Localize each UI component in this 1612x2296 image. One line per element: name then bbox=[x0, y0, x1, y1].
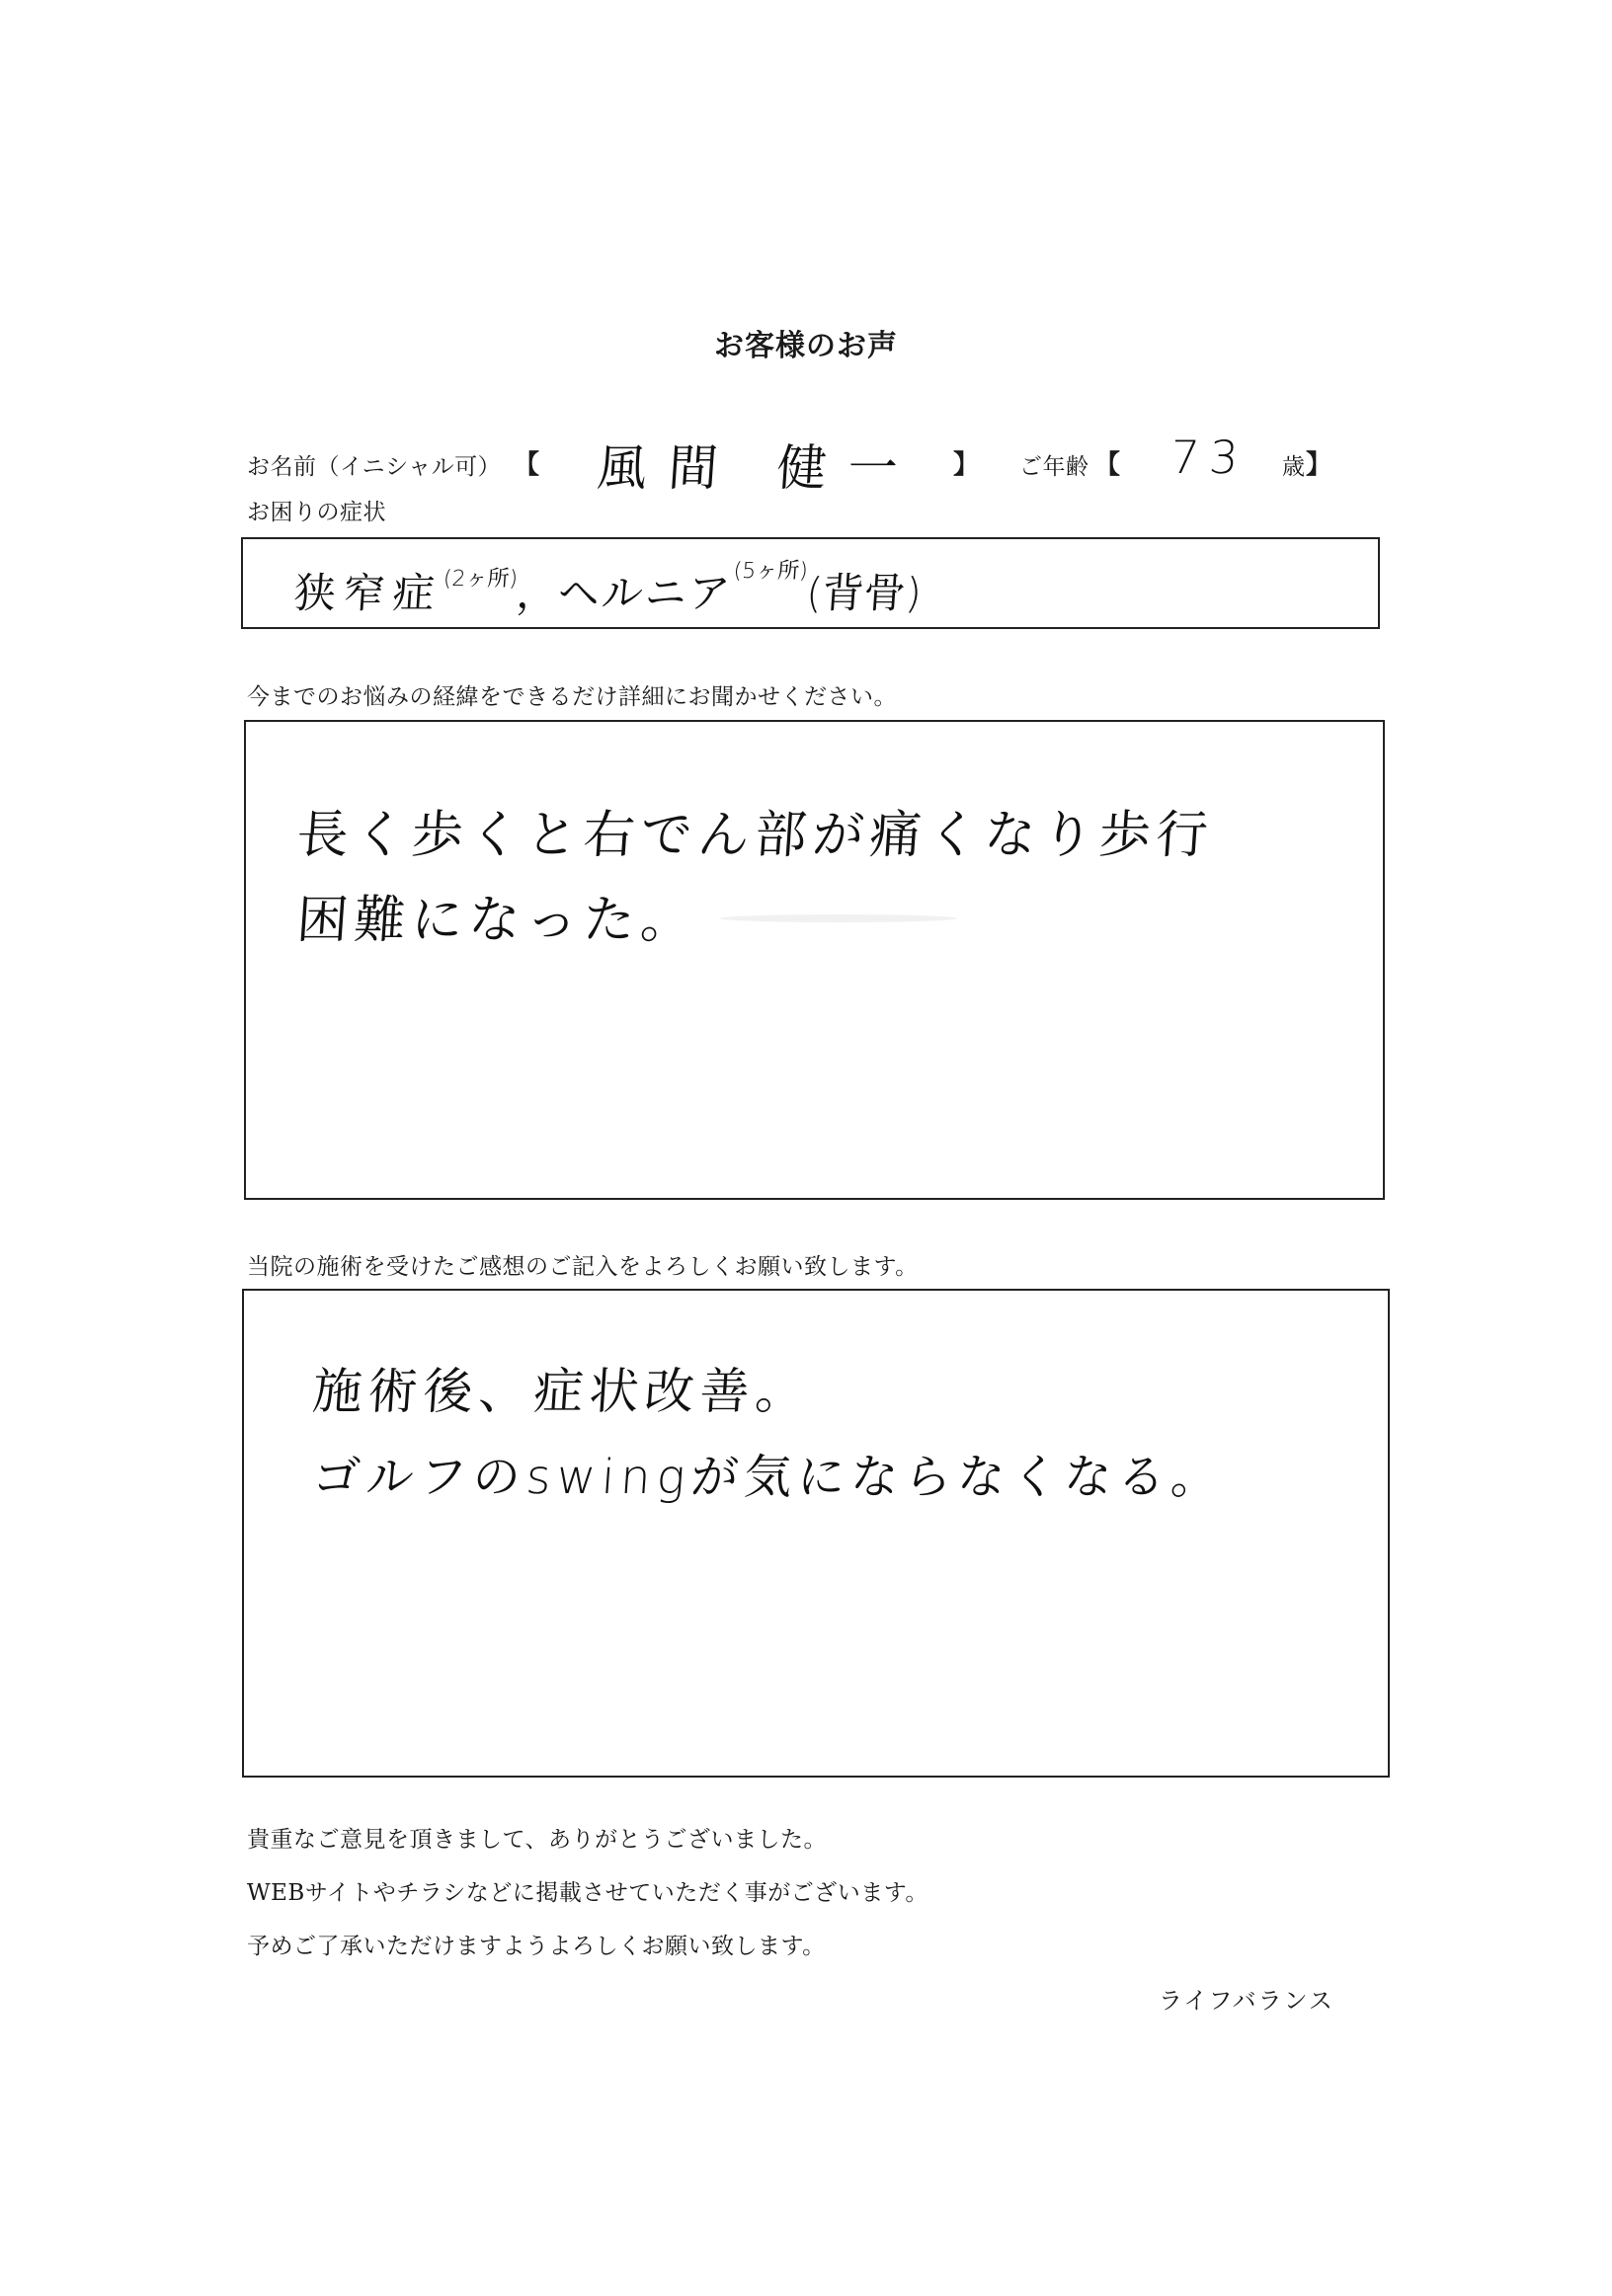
age-bracket-open: 【 bbox=[1094, 444, 1120, 481]
history-box: 長く歩くと右でん部が痛くなり歩行 困難になった。 bbox=[244, 720, 1385, 1200]
symptom-location: (背骨) bbox=[805, 569, 924, 617]
history-prompt: 今までのお悩みの経緯をできるだけ詳細にお聞かせください。 bbox=[247, 678, 897, 711]
paper-smudge bbox=[720, 914, 957, 922]
symptom-separator: ， bbox=[515, 569, 559, 617]
impressions-prompt: 当院の施術を受けたご感想のご記入をよろしくお願い致します。 bbox=[247, 1248, 919, 1281]
name-bracket-close: 】 bbox=[953, 444, 979, 481]
name-row: お名前（イニシャル可） 【 風間 健一 】 ご年齢 【 73 歳 】 bbox=[247, 435, 1383, 494]
symptoms-label: お困りの症状 bbox=[247, 494, 386, 526]
closing-line-1: 貴重なご意見を頂きまして、ありがとうございました。 bbox=[247, 1821, 827, 1854]
history-line-1: 長く歩くと右でん部が痛くなり歩行 bbox=[294, 793, 1216, 867]
symptom-hernia: ヘルニア bbox=[556, 569, 733, 617]
symptom-hernia-note: (5ヶ所) bbox=[733, 559, 809, 584]
history-line-2: 困難になった。 bbox=[294, 878, 700, 952]
symptom-stenosis: 狭窄症 bbox=[292, 569, 443, 617]
closing-line-3: 予めご了承いただけますようよろしくお願い致します。 bbox=[247, 1928, 826, 1960]
age-bracket-close: 】 bbox=[1306, 444, 1331, 481]
name-label: お名前（イニシャル可） bbox=[247, 448, 501, 481]
symptom-stenosis-note: (2ヶ所) bbox=[443, 567, 519, 592]
impressions-line-1: 施術後、症状改善。 bbox=[310, 1352, 813, 1423]
symptoms-box: 狭窄症(2ヶ所)，ヘルニア(5ヶ所)(背骨) bbox=[241, 537, 1380, 629]
impressions-box: 施術後、症状改善。 ゴルフのswingが気にならなくなる。 bbox=[242, 1289, 1390, 1778]
name-value: 風間 健一 bbox=[595, 429, 922, 500]
symptoms-value: 狭窄症(2ヶ所)，ヘルニア(5ヶ所)(背骨) bbox=[292, 561, 924, 620]
closing-line-2: WEBサイトやチラシなどに掲載させていただく事がございます。 bbox=[247, 1874, 928, 1907]
clinic-signature: ライフバランス bbox=[1159, 1981, 1334, 2016]
age-unit: 歳 bbox=[1282, 448, 1306, 481]
age-label: ご年齢 bbox=[1019, 448, 1089, 481]
name-bracket-open: 【 bbox=[514, 444, 539, 481]
form-title: お客様のお声 bbox=[0, 321, 1612, 364]
impressions-line-2: ゴルフのswingが気にならなくなる。 bbox=[311, 1439, 1228, 1507]
age-value: 73 bbox=[1169, 431, 1249, 484]
